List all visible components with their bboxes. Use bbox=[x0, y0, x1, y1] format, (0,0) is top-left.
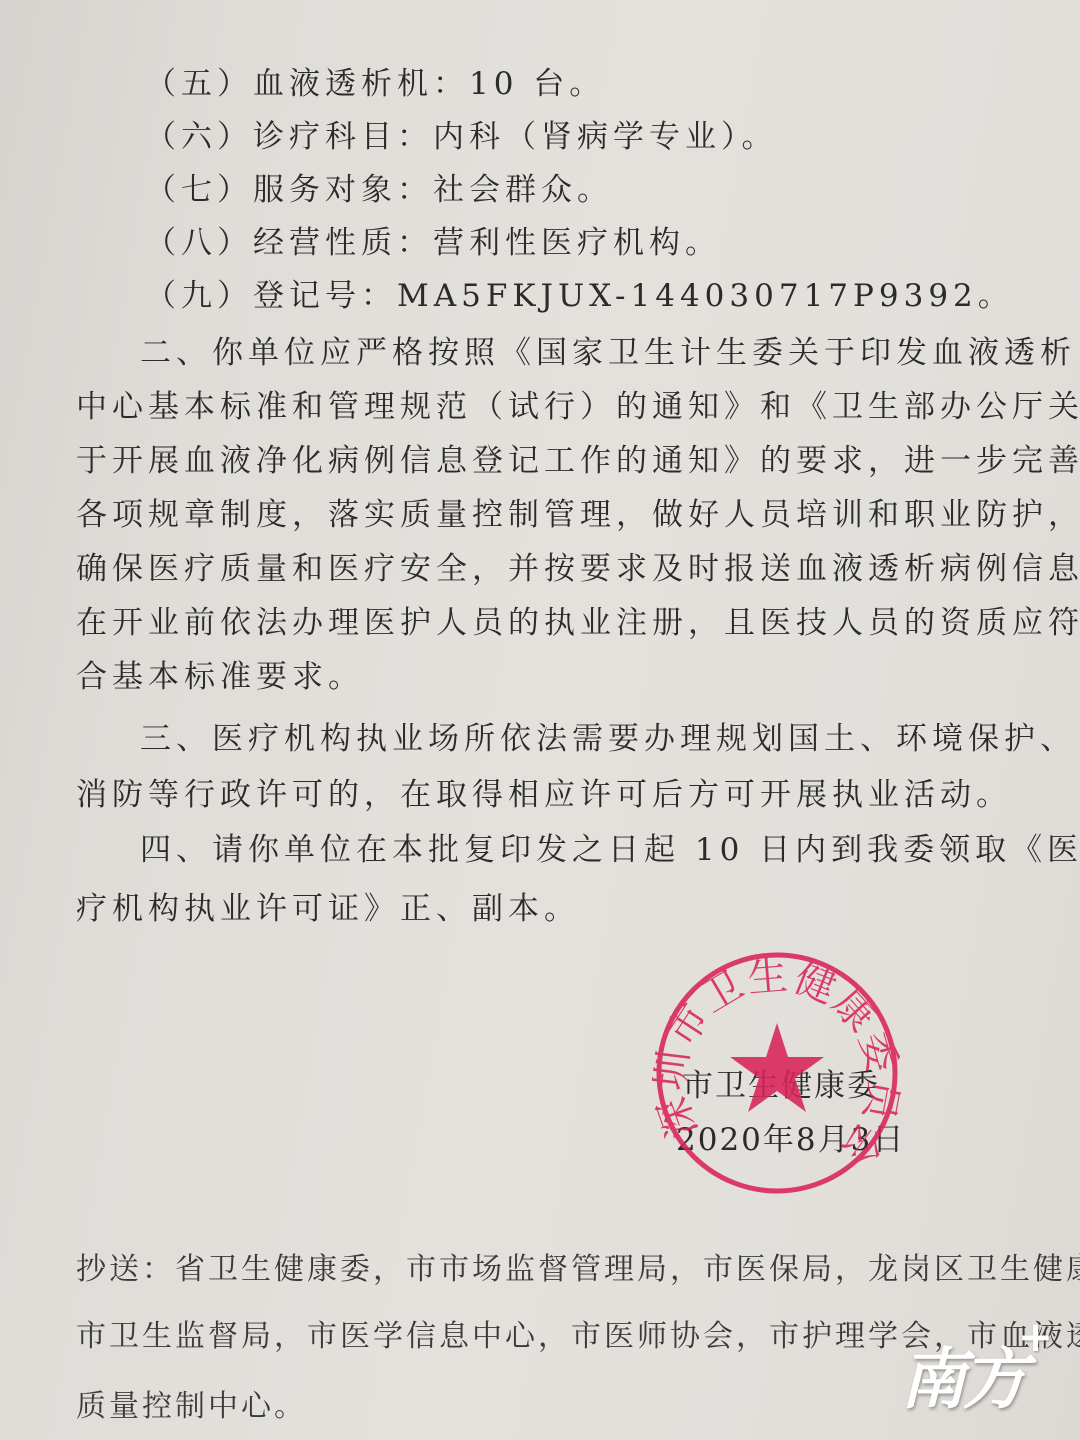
item-value: 内科（肾病学专业）。 bbox=[433, 119, 778, 155]
watermark-text: 南方 bbox=[900, 1326, 1024, 1421]
item-value: 营利性医疗机构。 bbox=[433, 225, 721, 261]
item-label: （五）血液透析机： bbox=[145, 66, 469, 102]
nanfang-plus-watermark-logo: 南方 + bbox=[900, 1318, 1050, 1428]
cc-line: 质量控制中心。 bbox=[76, 1387, 307, 1427]
item-label: （九）登记号： bbox=[145, 278, 397, 314]
item-value: MA5FKJUX-144030717P9392。 bbox=[397, 278, 1014, 314]
item-label: （七）服务对象： bbox=[145, 172, 433, 208]
section-2-line: 各项规章制度，落实质量控制管理，做好人员培训和职业防护， bbox=[76, 495, 1080, 535]
item-label: （六）诊疗科目： bbox=[145, 119, 433, 155]
cc-line: 抄送：省卫生健康委，市市场监督管理局，市医保局，龙岗区卫生健康局， bbox=[76, 1250, 1080, 1290]
section-3-line: 消防等行政许可的，在取得相应许可后方可开展执业活动。 bbox=[76, 775, 1012, 815]
document-page: （五）血液透析机：10 台。 （六）诊疗科目：内科（肾病学专业）。 （七）服务对… bbox=[0, 0, 1080, 1440]
section-2-line: 中心基本标准和管理规范（试行）的通知》和《卫生部办公厅关 bbox=[76, 387, 1080, 427]
item-registration-number: （九）登记号：MA5FKJUX-144030717P9392。 bbox=[145, 276, 1014, 316]
item-label: （八）经营性质： bbox=[145, 225, 433, 261]
section-2-line: 合基本标准要求。 bbox=[76, 657, 364, 697]
section-4-line: 四、请你单位在本批复印发之日起 10 日内到我委领取《医 bbox=[140, 830, 1080, 870]
item-service-target: （七）服务对象：社会群众。 bbox=[145, 170, 613, 210]
issuer-name: 市卫生健康委 bbox=[682, 1060, 880, 1105]
section-2-line: 二、你单位应严格按照《国家卫生计生委关于印发血液透析 bbox=[140, 333, 1076, 373]
section-4-line: 疗机构执业许可证》正、副本。 bbox=[76, 889, 580, 929]
item-business-nature: （八）经营性质：营利性医疗机构。 bbox=[145, 223, 721, 263]
item-value: 10 台。 bbox=[469, 66, 605, 102]
section-2-line: 确保医疗质量和医疗安全，并按要求及时报送血液透析病例信息。 bbox=[76, 549, 1080, 589]
section-2-line: 于开展血液净化病例信息登记工作的通知》的要求，进一步完善 bbox=[76, 441, 1080, 481]
plus-icon: + bbox=[1018, 1312, 1053, 1361]
section-2-line: 在开业前依法办理医护人员的执业注册，且医技人员的资质应符 bbox=[76, 603, 1080, 643]
item-value: 社会群众。 bbox=[433, 172, 613, 208]
section-3-line: 三、医疗机构执业场所依法需要办理规划国土、环境保护、 bbox=[140, 719, 1076, 759]
issue-date: 2020年8月3日 bbox=[676, 1114, 905, 1159]
item-dialysis-machines: （五）血液透析机：10 台。 bbox=[145, 64, 605, 104]
item-departments: （六）诊疗科目：内科（肾病学专业）。 bbox=[145, 117, 778, 157]
